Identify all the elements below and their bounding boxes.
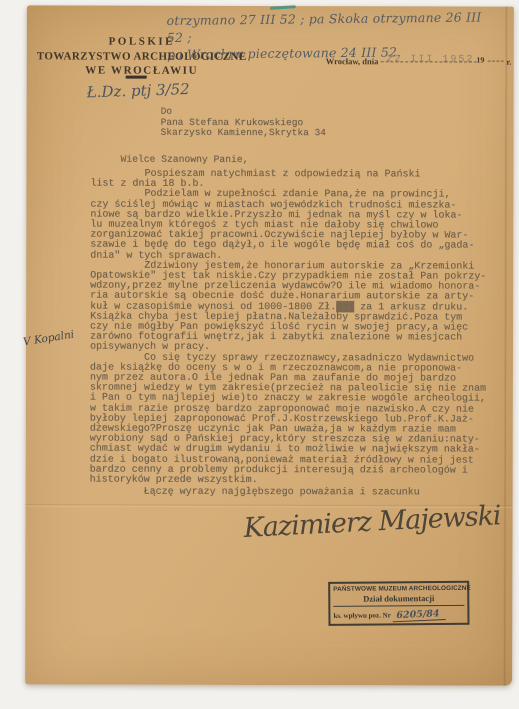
letter-body: Pospieszam natychmiast z odpowiedzią na … xyxy=(90,170,497,487)
handwritten-margin-note: V Kopalni xyxy=(22,329,75,349)
stamp-entry-number-handwritten: 6205/84 xyxy=(392,608,446,622)
stamp-entry-row: ks. wpływu poz. Nr 6205/84 xyxy=(333,608,464,621)
letterhead: POLSKIE TOWARZYSTWO ARCHEOLOGICZNE WE WR… xyxy=(37,35,247,77)
dateline: Wrocław, dnia22 III 195219r. xyxy=(326,55,506,66)
recipient-block: Do Pana Stefana Krukowskiego Skarzysko K… xyxy=(161,107,326,139)
dateline-dash xyxy=(487,61,503,63)
closing-line: Łączę wyrazy najgłębszego poważania i sz… xyxy=(144,487,420,499)
dateline-label: Wrocław, dnia xyxy=(326,56,379,66)
museum-receipt-stamp: PAŃSTWOWE MUZEUM ARCHEOLOGICZNE Dział do… xyxy=(328,581,469,626)
handwritten-file-reference: Ł.Dz. ptj 3/52 xyxy=(86,80,190,101)
letterhead-line1: POLSKIE xyxy=(37,35,247,48)
dateline-dotted-rule: 22 III 1952 xyxy=(380,55,476,66)
letterhead-rule xyxy=(126,76,147,79)
body-line: historyków przede wszystkim. xyxy=(90,476,496,487)
stamp-entry-label: ks. wpływu poz. Nr xyxy=(333,611,390,619)
recipient-address: Skarzysko Kamienne,Skrytka 34 xyxy=(161,128,326,139)
dateline-year-suffix: r. xyxy=(506,57,511,67)
dateline-year-prefix: 19 xyxy=(476,56,484,65)
typed-date: 22 III 1952 xyxy=(386,54,474,65)
stamp-department: Dział dokumentacji xyxy=(333,593,464,607)
stamp-institution: PAŃSTWOWE MUZEUM ARCHEOLOGICZNE xyxy=(333,585,464,593)
letterhead-line2: TOWARZYSTWO ARCHEOLOGICZNE xyxy=(37,50,247,63)
paper-crease-vertical xyxy=(503,7,508,686)
teal-ink-mark xyxy=(270,5,296,10)
letter-paper: otrzymano 27 III 52 ; pa Skoka otrzymane… xyxy=(25,5,514,685)
salutation: Wielce Szanowny Panie, xyxy=(120,154,248,165)
